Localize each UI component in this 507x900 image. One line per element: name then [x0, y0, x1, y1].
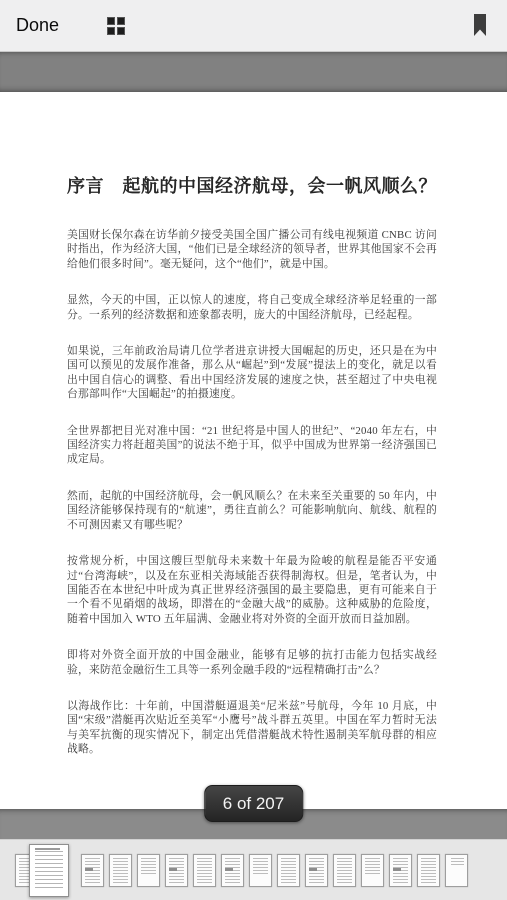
done-button[interactable]: Done [16, 15, 59, 36]
document-page[interactable]: 序言 起航的中国经济航母，会一帆风顺么？ 美国财长保尔森在访华前夕接受美国全国广… [0, 92, 507, 809]
thumbnail[interactable] [249, 854, 272, 887]
thumbnail-text-lines [85, 858, 100, 883]
thumbnail-text-lines [35, 851, 63, 891]
thumbnail-strip[interactable] [0, 839, 507, 900]
thumbnail[interactable] [361, 854, 384, 887]
paragraph: 美国财长保尔森在访华前夕接受美国全国广播公司有线电视频道 CNBC 访问时指出，… [67, 228, 437, 271]
page-title: 序言 起航的中国经济航母，会一帆风顺么？ [67, 168, 439, 204]
thumbnail[interactable] [109, 854, 132, 887]
thumbnail[interactable] [445, 854, 468, 887]
thumbnail-text-lines [169, 858, 184, 883]
thumbnail[interactable] [417, 854, 440, 887]
thumbnail-text-lines [309, 858, 324, 883]
bookmark-button[interactable] [473, 14, 487, 37]
thumbnail[interactable] [221, 854, 244, 887]
pdf-reader-screen: Done 序言 起航的中国经济航母，会一帆风顺么？ 美国财长保尔森在访华前夕接受… [0, 0, 507, 900]
page-indicator: 6 of 207 [204, 785, 303, 822]
thumbnail-text-lines [225, 858, 240, 883]
thumbnail-text-lines [253, 858, 268, 875]
page-body: 美国财长保尔森在访华前夕接受美国全国广播公司有线电视频道 CNBC 访问时指出，… [0, 228, 507, 757]
paragraph: 然而，起航的中国经济航母，会一帆风顺么？在未来至关重要的 50 年内，中国经济能… [67, 489, 437, 532]
thumbnail[interactable] [333, 854, 356, 887]
paragraph: 即将对外资全面开放的中国金融业，能够有足够的抗打击能力包括实战经验，来防范金融衍… [67, 648, 437, 677]
thumbnail-text-lines [393, 858, 408, 883]
thumbnail[interactable] [277, 854, 300, 887]
thumbnail[interactable] [305, 854, 328, 887]
paragraph: 如果说，三年前政治局请几位学者进京讲授大国崛起的历史，还只是在为中国可以预见的发… [67, 344, 437, 402]
thumbnail[interactable] [389, 854, 412, 887]
paragraph: 按常规分析，中国这艘巨型航母未来数十年最为险峻的航程是能否平安通过“台湾海峡”，… [67, 554, 437, 626]
thumbnail-text-lines [337, 858, 352, 883]
bookmark-icon [473, 14, 487, 37]
thumbnail-text-lines [113, 858, 128, 883]
thumbnail-row [0, 840, 507, 900]
thumbnail-text-lines [365, 858, 380, 875]
paragraph: 全世界都把目光对准中国：“21 世纪将是中国人的世纪”、“2040 年左右，中国… [67, 424, 437, 467]
paragraph: 显然，今天的中国，正以惊人的速度，将自己变成全球经济举足轻重的一部分。一系列的经… [67, 293, 437, 322]
thumbnail[interactable] [137, 854, 160, 887]
paragraph: 以海战作比：十年前，中国潜艇逼退美“尼米兹”号航母，今年 10 月底，中国“宋级… [67, 699, 437, 757]
thumbnail[interactable] [165, 854, 188, 887]
toolbar: Done [0, 0, 507, 52]
thumbnail-text-lines [421, 858, 436, 883]
thumbnails-grid-button[interactable] [107, 17, 125, 35]
thumbnail-text-lines [451, 858, 464, 867]
thumbnail-text-lines [281, 858, 296, 883]
thumbnail[interactable] [81, 854, 104, 887]
thumbnail-text-lines [141, 858, 156, 875]
thumbnail[interactable] [193, 854, 216, 887]
thumbnail-text-lines [197, 858, 212, 883]
thumbnail-current-page[interactable] [29, 844, 69, 897]
grid-icon [107, 17, 125, 35]
page-margin-top [0, 52, 507, 92]
